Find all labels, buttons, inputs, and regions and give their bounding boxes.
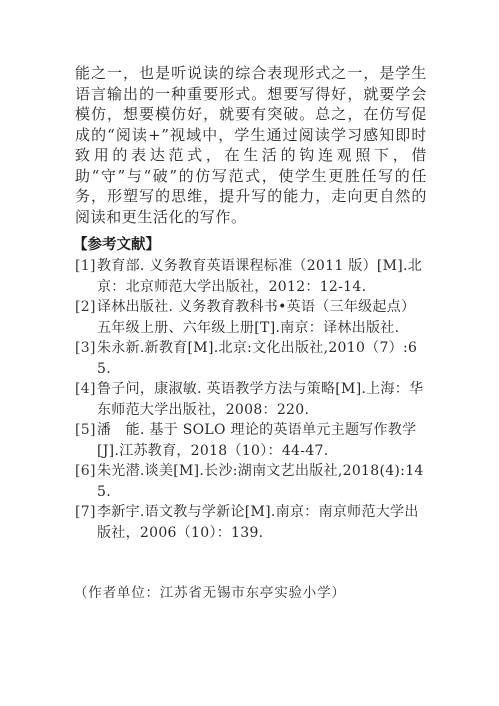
reference-text: 译林出版社. 义务教育教科书•英语（三年级起点）五年级上册、六年级上册[T].南… xyxy=(97,297,427,338)
reference-item: [6] 朱光潜.谈美[M].长沙:湖南文艺出版社,2018(4):145. xyxy=(75,461,427,502)
reference-item: [1] 教育部. 义务教育英语课程标准（2011 版）[M].北京：北京师范大学… xyxy=(75,256,427,297)
reference-text: 鲁子问，康淑敏. 英语教学方法与策略[M].上海：华东师范大学出版社，2008：… xyxy=(97,379,427,420)
reference-text: 李新宇.语文教与学新论[M].南京：南京师范大学出版社，2006（10）：139… xyxy=(97,502,427,543)
references-heading: 【参考文献】 xyxy=(73,235,427,255)
reference-item: [3] 朱永新.新教育[M].北京:文化出版社,2010（7）:65. xyxy=(75,338,427,379)
body-paragraph: 能之一，也是听说读的综合表现形式之一，是学生语言输出的一种重要形式。想要写得好，… xyxy=(75,63,427,227)
reference-item: [5] 潘 能. 基于 SOLO 理论的英语单元主题写作教学[J].江苏教育，2… xyxy=(75,420,427,461)
reference-number: [5] xyxy=(75,420,97,461)
reference-text: 朱永新.新教育[M].北京:文化出版社,2010（7）:65. xyxy=(97,338,427,379)
reference-list: [1] 教育部. 义务教育英语课程标准（2011 版）[M].北京：北京师范大学… xyxy=(75,256,427,543)
reference-text: 朱光潜.谈美[M].长沙:湖南文艺出版社,2018(4):145. xyxy=(97,461,427,502)
reference-number: [1] xyxy=(75,256,97,297)
reference-number: [2] xyxy=(75,297,97,338)
document-page: 能之一，也是听说读的综合表现形式之一，是学生语言输出的一种重要形式。想要写得好，… xyxy=(75,63,427,602)
reference-item: [4] 鲁子问，康淑敏. 英语教学方法与策略[M].上海：华东师范大学出版社，2… xyxy=(75,379,427,420)
reference-text: 潘 能. 基于 SOLO 理论的英语单元主题写作教学[J].江苏教育，2018（… xyxy=(97,420,427,461)
reference-number: [7] xyxy=(75,502,97,543)
reference-item: [2] 译林出版社. 义务教育教科书•英语（三年级起点）五年级上册、六年级上册[… xyxy=(75,297,427,338)
reference-text: 教育部. 义务教育英语课程标准（2011 版）[M].北京：北京师范大学出版社，… xyxy=(97,256,427,297)
reference-number: [6] xyxy=(75,461,97,502)
reference-item: [7] 李新宇.语文教与学新论[M].南京：南京师范大学出版社，2006（10）… xyxy=(75,502,427,543)
reference-number: [3] xyxy=(75,338,97,379)
author-affiliation: （作者单位：江苏省无锡市东亭实验小学） xyxy=(74,584,427,602)
reference-number: [4] xyxy=(75,379,97,420)
